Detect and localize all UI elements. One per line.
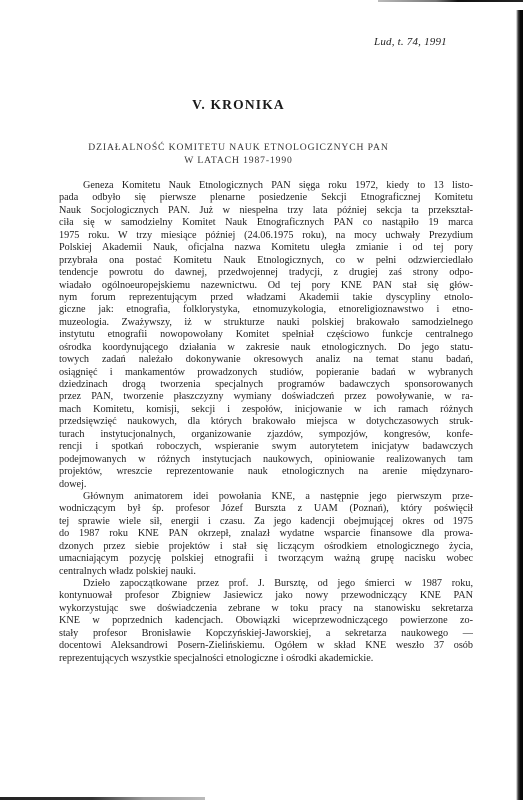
article-body: Geneza Komitetu Nauk Etnologicznych PAN … bbox=[59, 180, 473, 665]
text-line: projektów, wreszcie reprezentowanie nauk… bbox=[59, 466, 473, 478]
text-line: towych zadań należało dokonywanie okreso… bbox=[59, 354, 473, 366]
text-line: wiadało ogólnoeuropejskiemu nazewnictwu.… bbox=[59, 280, 473, 292]
text-line: muzeologia. Zważywszy, iż w strukturze n… bbox=[59, 317, 473, 329]
text-line: dowej. bbox=[59, 479, 473, 491]
text-line: tendencje powrotu do dawnej, przedwojenn… bbox=[59, 267, 473, 279]
text-line: centralnych władz polskiej nauki. bbox=[59, 566, 473, 578]
text-line: Geneza Komitetu Nauk Etnologicznych PAN … bbox=[59, 180, 473, 192]
text-line: KNE w poprzednich kadencjach. Obowiązki … bbox=[59, 615, 473, 627]
text-line: dzonych przez siebie projektów i stał si… bbox=[59, 541, 473, 553]
text-line: 1975 roku. W trzy miesiące później (24.0… bbox=[59, 230, 473, 242]
text-line: przybrała ona postać Komitetu Nauk Etnol… bbox=[59, 255, 473, 267]
article-title-line: Działalność Komitetu Nauk Etnologicznych… bbox=[0, 141, 477, 154]
text-line: stały profesor Bronisławie Kopczyńskiej-… bbox=[59, 628, 473, 640]
article-title-line: w latach 1987-1990 bbox=[0, 154, 477, 167]
text-line: podejmowanych w różnych instytucjach nau… bbox=[59, 454, 473, 466]
text-line: docentowi Aleksandrowi Posern-Zielińskie… bbox=[59, 640, 473, 652]
text-line: rencji i spotkań roboczych, wspieranie s… bbox=[59, 441, 473, 453]
text-line: umacniającym pozycję polskiej etnografii… bbox=[59, 553, 473, 565]
journal-reference: Lud, t. 74, 1991 bbox=[374, 36, 447, 48]
text-line: giczne jak: etnografia, folklorystyka, e… bbox=[59, 304, 473, 316]
text-line: przedsięwzięć naukowych, dla których bra… bbox=[59, 416, 473, 428]
text-line: Polskiej Akademii Nauk, oficjalna nazwa … bbox=[59, 242, 473, 254]
text-line: osiągnięć i mankamentów prowadzonych stu… bbox=[59, 367, 473, 379]
text-line: nym forum reprezentującym przed władzami… bbox=[59, 292, 473, 304]
text-line: reprezentujących wszystkie specjalności … bbox=[59, 653, 473, 665]
text-line: instytutu etnografii nowopowołany Komite… bbox=[59, 329, 473, 341]
text-line: Nauk Socjologicznych PAN. Już w niespełn… bbox=[59, 205, 473, 217]
text-line: wykorzystując swe doświadczenia zebrane … bbox=[59, 603, 473, 615]
paragraph: Geneza Komitetu Nauk Etnologicznych PAN … bbox=[59, 180, 473, 491]
text-line: turach instytucjonalnych, organizowanie … bbox=[59, 429, 473, 441]
text-line: ciła się w samodzielny Komitet Nauk Etno… bbox=[59, 217, 473, 229]
text-line: tej sprawie wiele sił, energii i czasu. … bbox=[59, 516, 473, 528]
scan-edge-top bbox=[378, 0, 523, 2]
text-line: Dzieło zapoczątkowane przez prof. J. Bur… bbox=[59, 578, 473, 590]
article-title: Działalność Komitetu Nauk Etnologicznych… bbox=[0, 141, 477, 167]
text-line: do 1987 roku KNE PAN okrzepł, znalazł wy… bbox=[59, 528, 473, 540]
scan-edge-right bbox=[516, 10, 523, 800]
text-line: pada odbyło się pierwsze plenarne posied… bbox=[59, 192, 473, 204]
paragraph: Dzieło zapoczątkowane przez prof. J. Bur… bbox=[59, 578, 473, 665]
text-line: dziedzinach drogą tworzenia specjalnych … bbox=[59, 379, 473, 391]
text-line: ośrodka koordynującego działania w zakre… bbox=[59, 342, 473, 354]
text-line: kontynuował profesor Zbigniew Jasiewicz … bbox=[59, 590, 473, 602]
text-line: wodniczącym był śp. profesor Józef Bursz… bbox=[59, 503, 473, 515]
text-line: Głównym animatorem idei powołania KNE, a… bbox=[59, 491, 473, 503]
text-line: mach Komitetu, komisji, sekcji i zespołó… bbox=[59, 404, 473, 416]
text-line: przez PAN, tworzenie płaszczyzny wymiany… bbox=[59, 391, 473, 403]
paragraph: Głównym animatorem idei powołania KNE, a… bbox=[59, 491, 473, 578]
section-title: V. KRONIKA bbox=[0, 97, 477, 113]
